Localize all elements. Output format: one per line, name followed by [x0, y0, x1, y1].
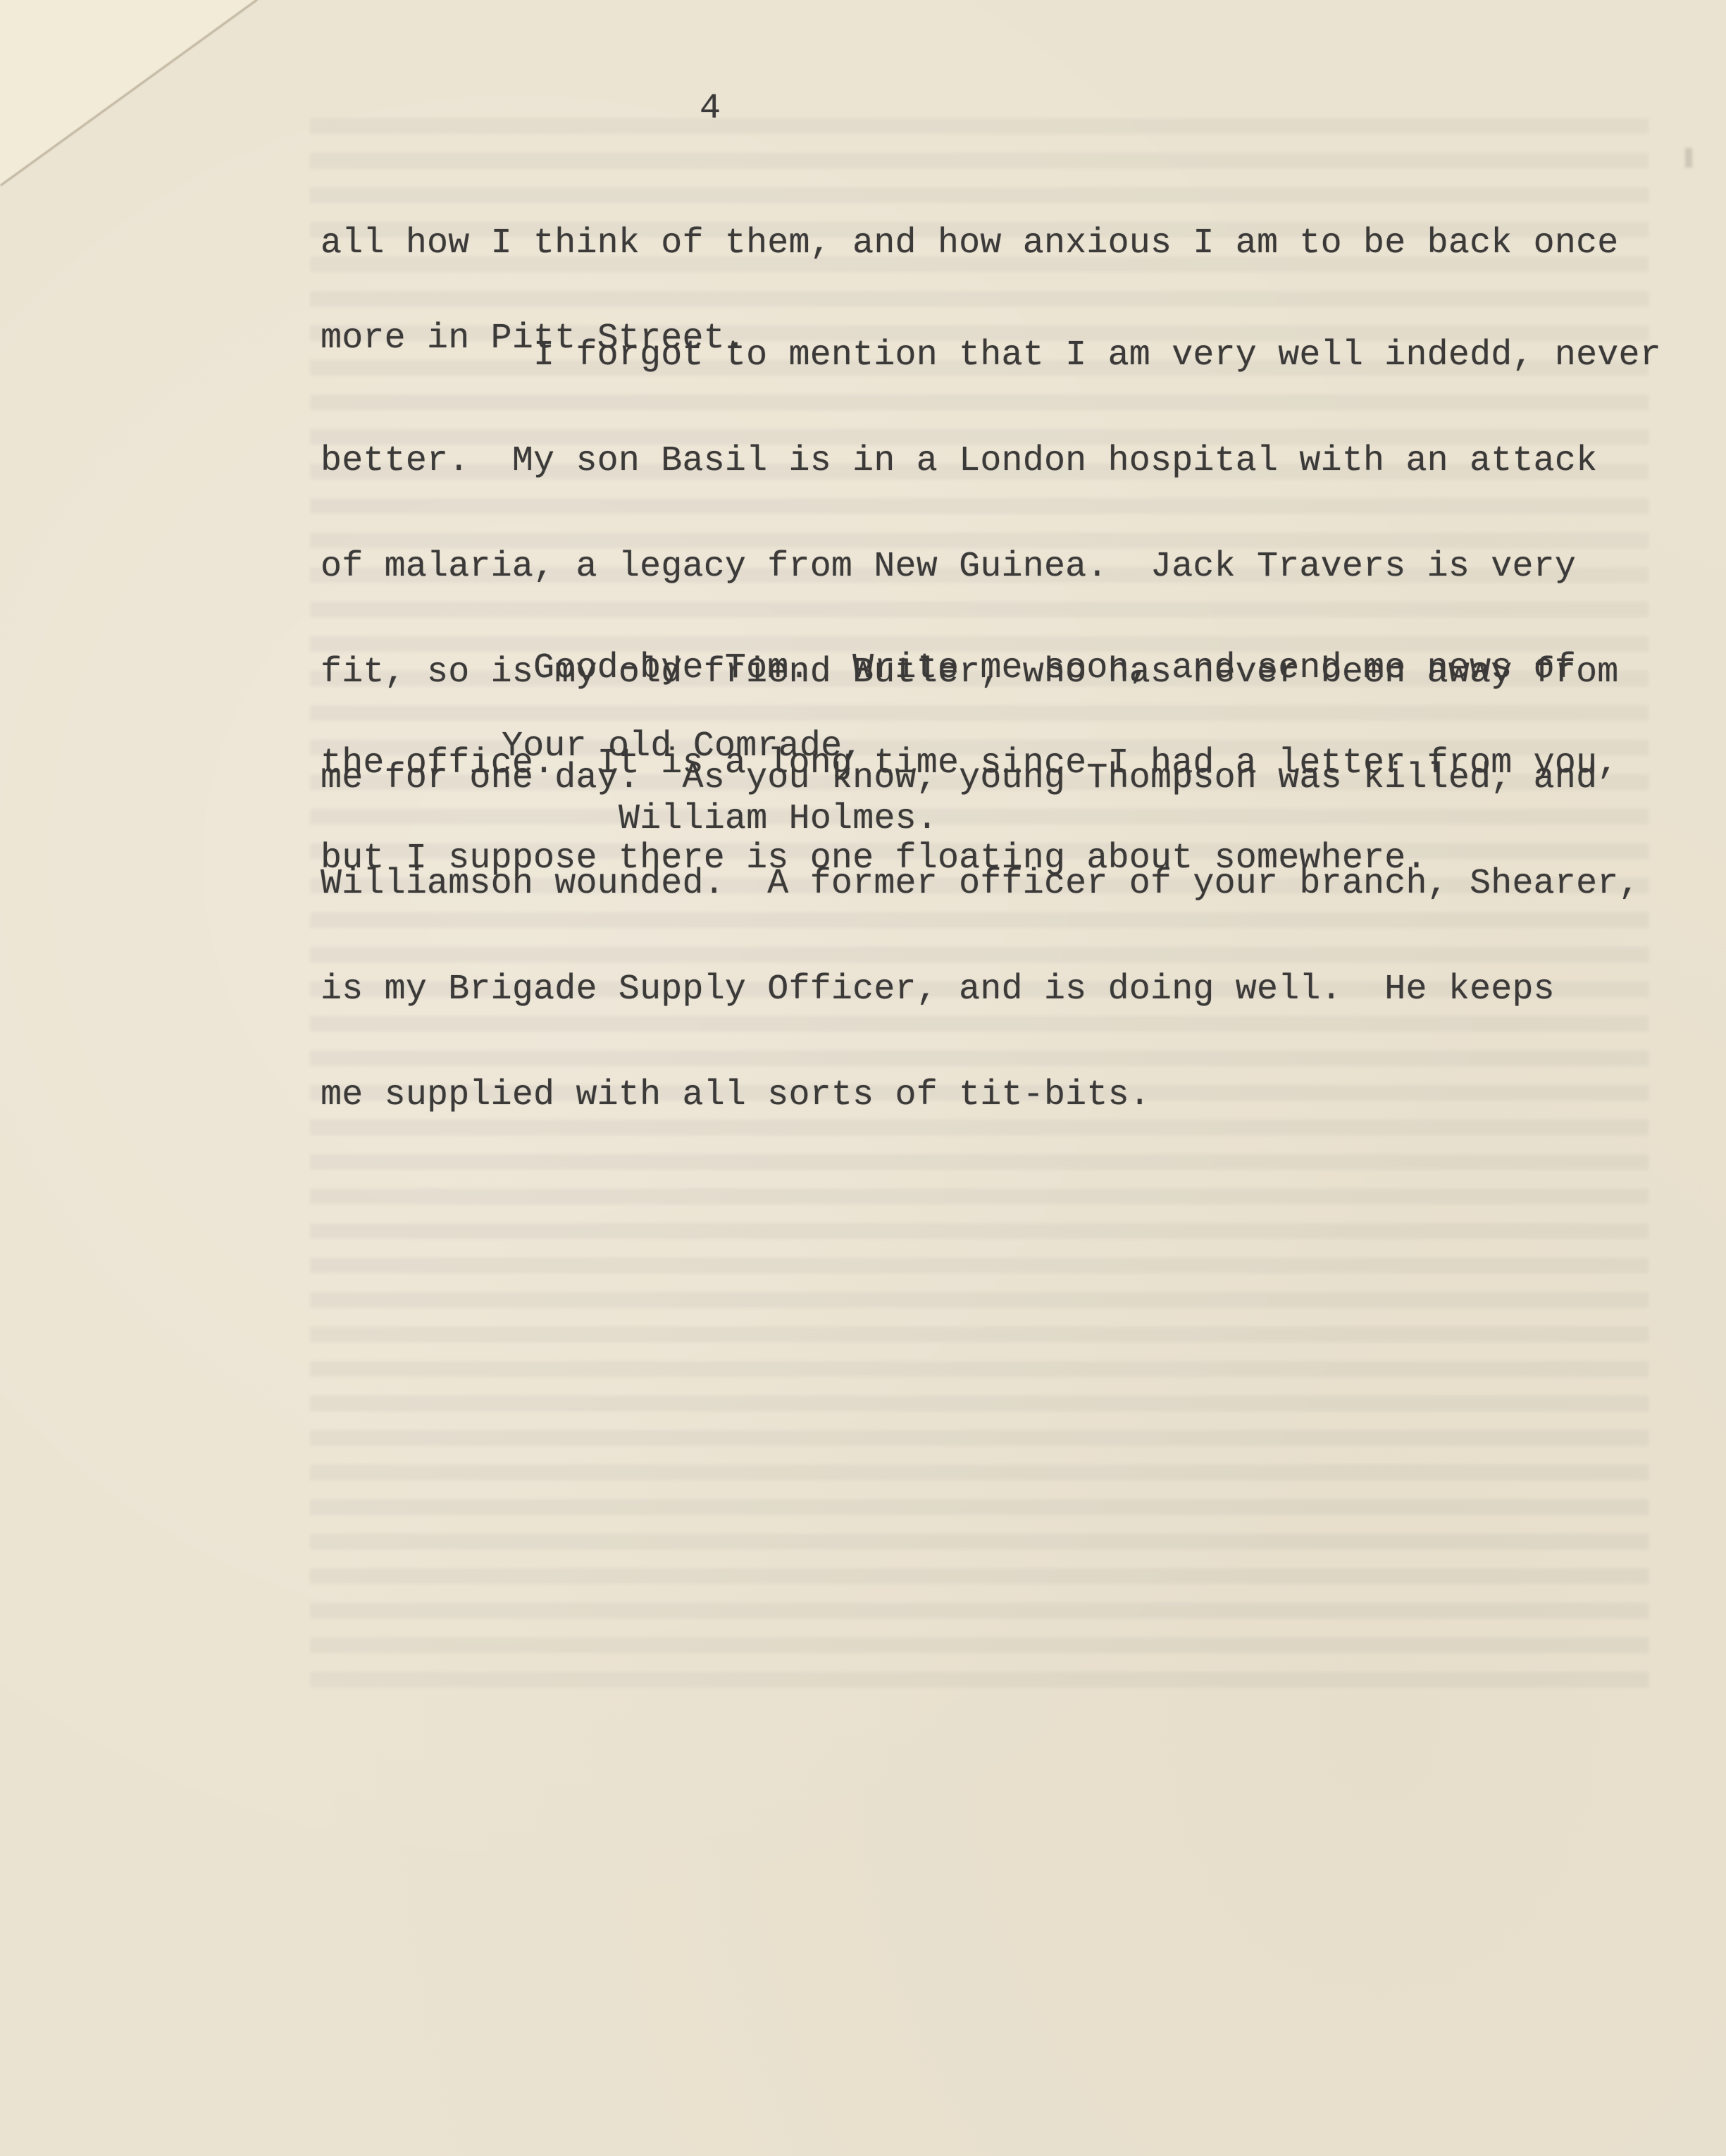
text-line: better. My son Basil is in a London hosp… — [321, 444, 1661, 479]
signature: William Holmes. — [619, 802, 938, 837]
text-line: me supplied with all sorts of tit-bits. — [321, 1078, 1661, 1113]
text-line: all how I think of them, and how anxious… — [321, 228, 1619, 259]
text-line: Good-bye Tom. Write me soon, and send me… — [321, 652, 1619, 684]
text-line: is my Brigade Supply Officer, and is doi… — [321, 972, 1661, 1008]
page-number: 4 — [700, 92, 721, 127]
text-line: of malaria, a legacy from New Guinea. Ja… — [321, 550, 1661, 585]
text-line: but I suppose there is one floating abou… — [321, 843, 1619, 874]
margin-smudge — [1685, 148, 1692, 168]
text-line: I forgot to mention that I am very well … — [321, 338, 1661, 373]
closing-salutation: Your old Comrade, — [502, 729, 863, 764]
